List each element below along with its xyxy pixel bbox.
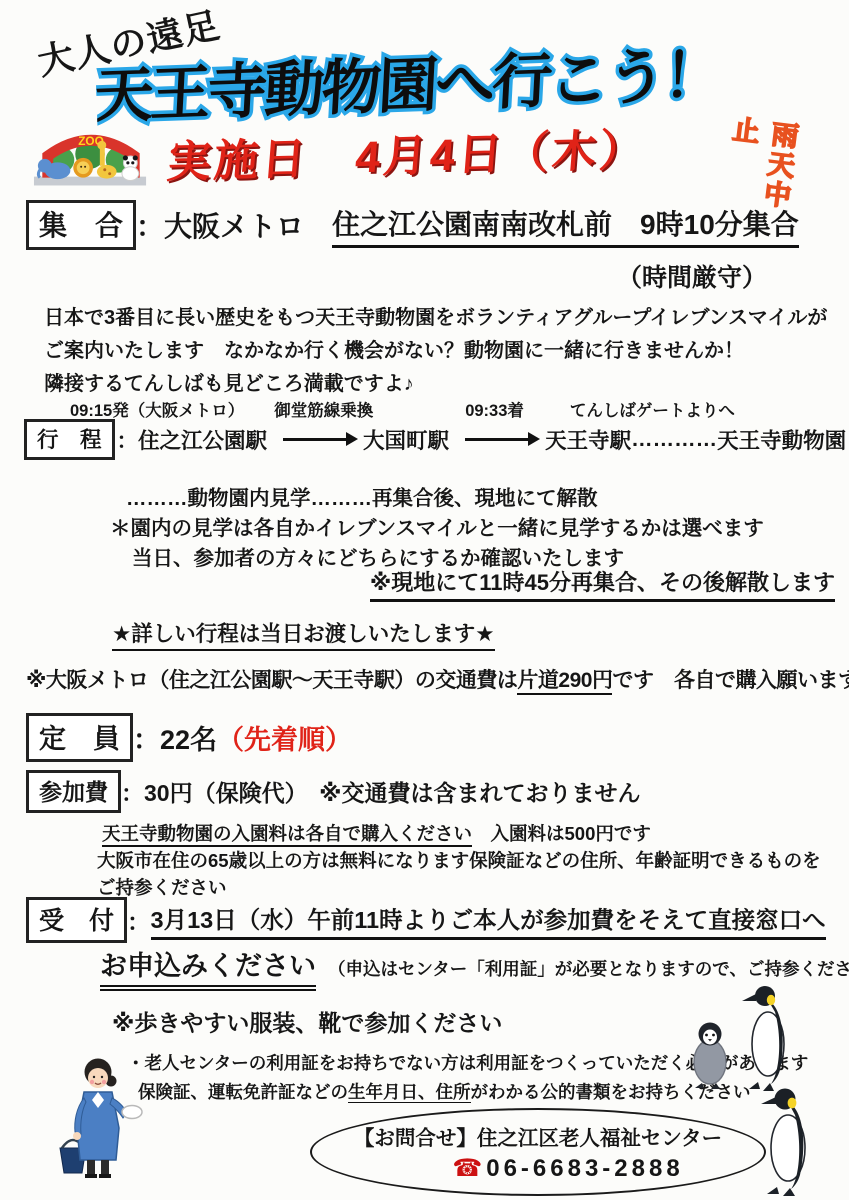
visit-note-1: ………動物園内見学………再集合後、現地にて解散: [126, 481, 598, 511]
penguin-family-illustration: [676, 982, 816, 1094]
membership-note-2: 保険証、運転免許証などの生年月日、住所がわかる公的書類をお持ちください: [138, 1079, 751, 1104]
itinerary-label: 行 程: [24, 419, 115, 460]
intro-paragraph: 日本で3番目に長い歴史をもつ天王寺動物園をボランティアグループイレブンスマイルが…: [44, 302, 827, 402]
arrive-time: 09:33着: [465, 397, 524, 421]
route-dots: …………: [631, 427, 717, 452]
zoo-gate-illustration: ZOO: [32, 118, 150, 190]
route-station1: 住之江公園駅: [138, 424, 267, 455]
handout-note: ★詳しい行程は当日お渡しいたします★: [112, 617, 495, 651]
contact-phone-number: 06-6683-2888: [486, 1155, 683, 1182]
membership-note-2-prefix: 保険証、運転免許証などの: [138, 1082, 348, 1102]
intro-line2: ご案内いたします なかなか行く機会がない？動物園に一緒に行きませんか！: [44, 335, 827, 368]
itinerary-times-row: 09:15発（大阪メトロ） 御堂筋線乗換 09:33着 てんしばゲートよりへ: [70, 397, 735, 421]
meeting-place-time: 住之江公園南南改札前 9時10分集合: [332, 203, 799, 248]
route-arrow-icon: [465, 438, 531, 441]
capacity-row: 定 員：22名（先着順）: [26, 713, 352, 762]
reception-label: 受 付: [26, 897, 127, 943]
fare-amount: 片道290円: [517, 669, 612, 695]
route-arrow-icon: [283, 438, 349, 441]
itinerary-route-row: 行 程：住之江公園駅 大国町駅 天王寺駅…………天王寺動物園: [24, 419, 846, 460]
intro-line1: 日本で3番目に長い歴史をもつ天王寺動物園をボランティアグループイレブンスマイルが: [44, 302, 827, 335]
flyer-page: 大人の遠足 天王寺動物園へ行こう！ ZOO: [0, 0, 849, 1200]
fee-note-2: 大阪市在住の65歳以上の方は無料になります保険証などの住所、年齢証明できるものを: [97, 847, 821, 873]
depart-time: 09:15発（大阪メトロ）: [70, 397, 244, 421]
contact-name: 【お問合せ】住之江区老人福祉センター: [354, 1121, 722, 1151]
meeting-row: 集 合：大阪メトロ 住之江公園南南改札前 9時10分集合: [26, 200, 799, 250]
cleaner-illustration: [46, 1052, 150, 1190]
meeting-label: 集 合: [26, 200, 136, 250]
fee-separator: ：: [121, 775, 144, 808]
capacity-label: 定 員: [26, 713, 133, 762]
meeting-separator: ：: [136, 205, 164, 245]
fee-note-1-underlined: 天王寺動物園の入園料は各自で購入ください: [102, 823, 472, 847]
fare-prefix: ※大阪メトロ（住之江公園駅～天王寺駅）の交通費は: [26, 669, 517, 692]
fee-value: 30円（保険代） ※交通費は含まれておりません: [144, 775, 640, 808]
regroup-note: ※現地にて11時45分再集合、その後解散します: [370, 566, 835, 602]
fare-note: ※大阪メトロ（住之江公園駅～天王寺駅）の交通費は片道290円です 各自で購入願い…: [26, 664, 849, 694]
event-date: 実施日 4月4日（木）: [165, 114, 649, 190]
fee-row: 参加費：30円（保険代） ※交通費は含まれておりません: [26, 770, 640, 813]
penguin-single-illustration: [736, 1086, 840, 1198]
apply-note: （申込はセンター「利用証」が必要となりますので、ご持参ください）: [328, 956, 849, 981]
membership-note-2-underlined: 生年月日、住所: [348, 1082, 471, 1103]
reception-row: 受 付：3月13日（水）午前11時よりご本人が参加費をそえて直接窓口へ: [26, 897, 826, 943]
clothing-note: ※歩きやすい服装、靴で参加ください: [112, 1005, 502, 1038]
capacity-order-note: （先着順）: [217, 718, 352, 757]
gate-note: てんしばゲートよりへ: [570, 397, 735, 421]
phone-icon: ☎: [452, 1155, 482, 1182]
reception-detail: 3月13日（水）午前11時よりご本人が参加費をそえて直接窓口へ: [151, 901, 826, 940]
reception-separator: ：: [127, 903, 151, 937]
contact-phone-row: ☎06-6683-2888: [452, 1154, 683, 1183]
route-station2: 大国町駅: [363, 424, 449, 455]
fee-label: 参加費: [26, 770, 121, 813]
itinerary-separator: ：: [117, 424, 139, 455]
transfer-note: 御堂筋線乗換: [274, 397, 373, 421]
apply-text: お申込みください: [100, 944, 316, 991]
visit-note-2: ＊園内の見学は各自かイレブンスマイルと一緒に見学するかは選べます: [110, 511, 764, 541]
capacity-separator: ：: [133, 718, 160, 757]
route-station3: 天王寺駅: [545, 424, 631, 455]
meeting-operator: 大阪メトロ: [164, 205, 332, 245]
fee-note-1: 天王寺動物園の入園料は各自で購入ください 入園料は500円です: [102, 820, 651, 846]
fee-note-1-rest: 入園料は500円です: [472, 823, 651, 844]
punctuality-note: （時間厳守）: [617, 258, 767, 294]
route-destination: 天王寺動物園: [717, 424, 846, 455]
fare-suffix: です 各自で購入願います: [612, 669, 849, 692]
contact-oval: 【お問合せ】住之江区老人福祉センター ☎06-6683-2888: [310, 1108, 766, 1196]
capacity-value: 22名: [160, 718, 217, 757]
